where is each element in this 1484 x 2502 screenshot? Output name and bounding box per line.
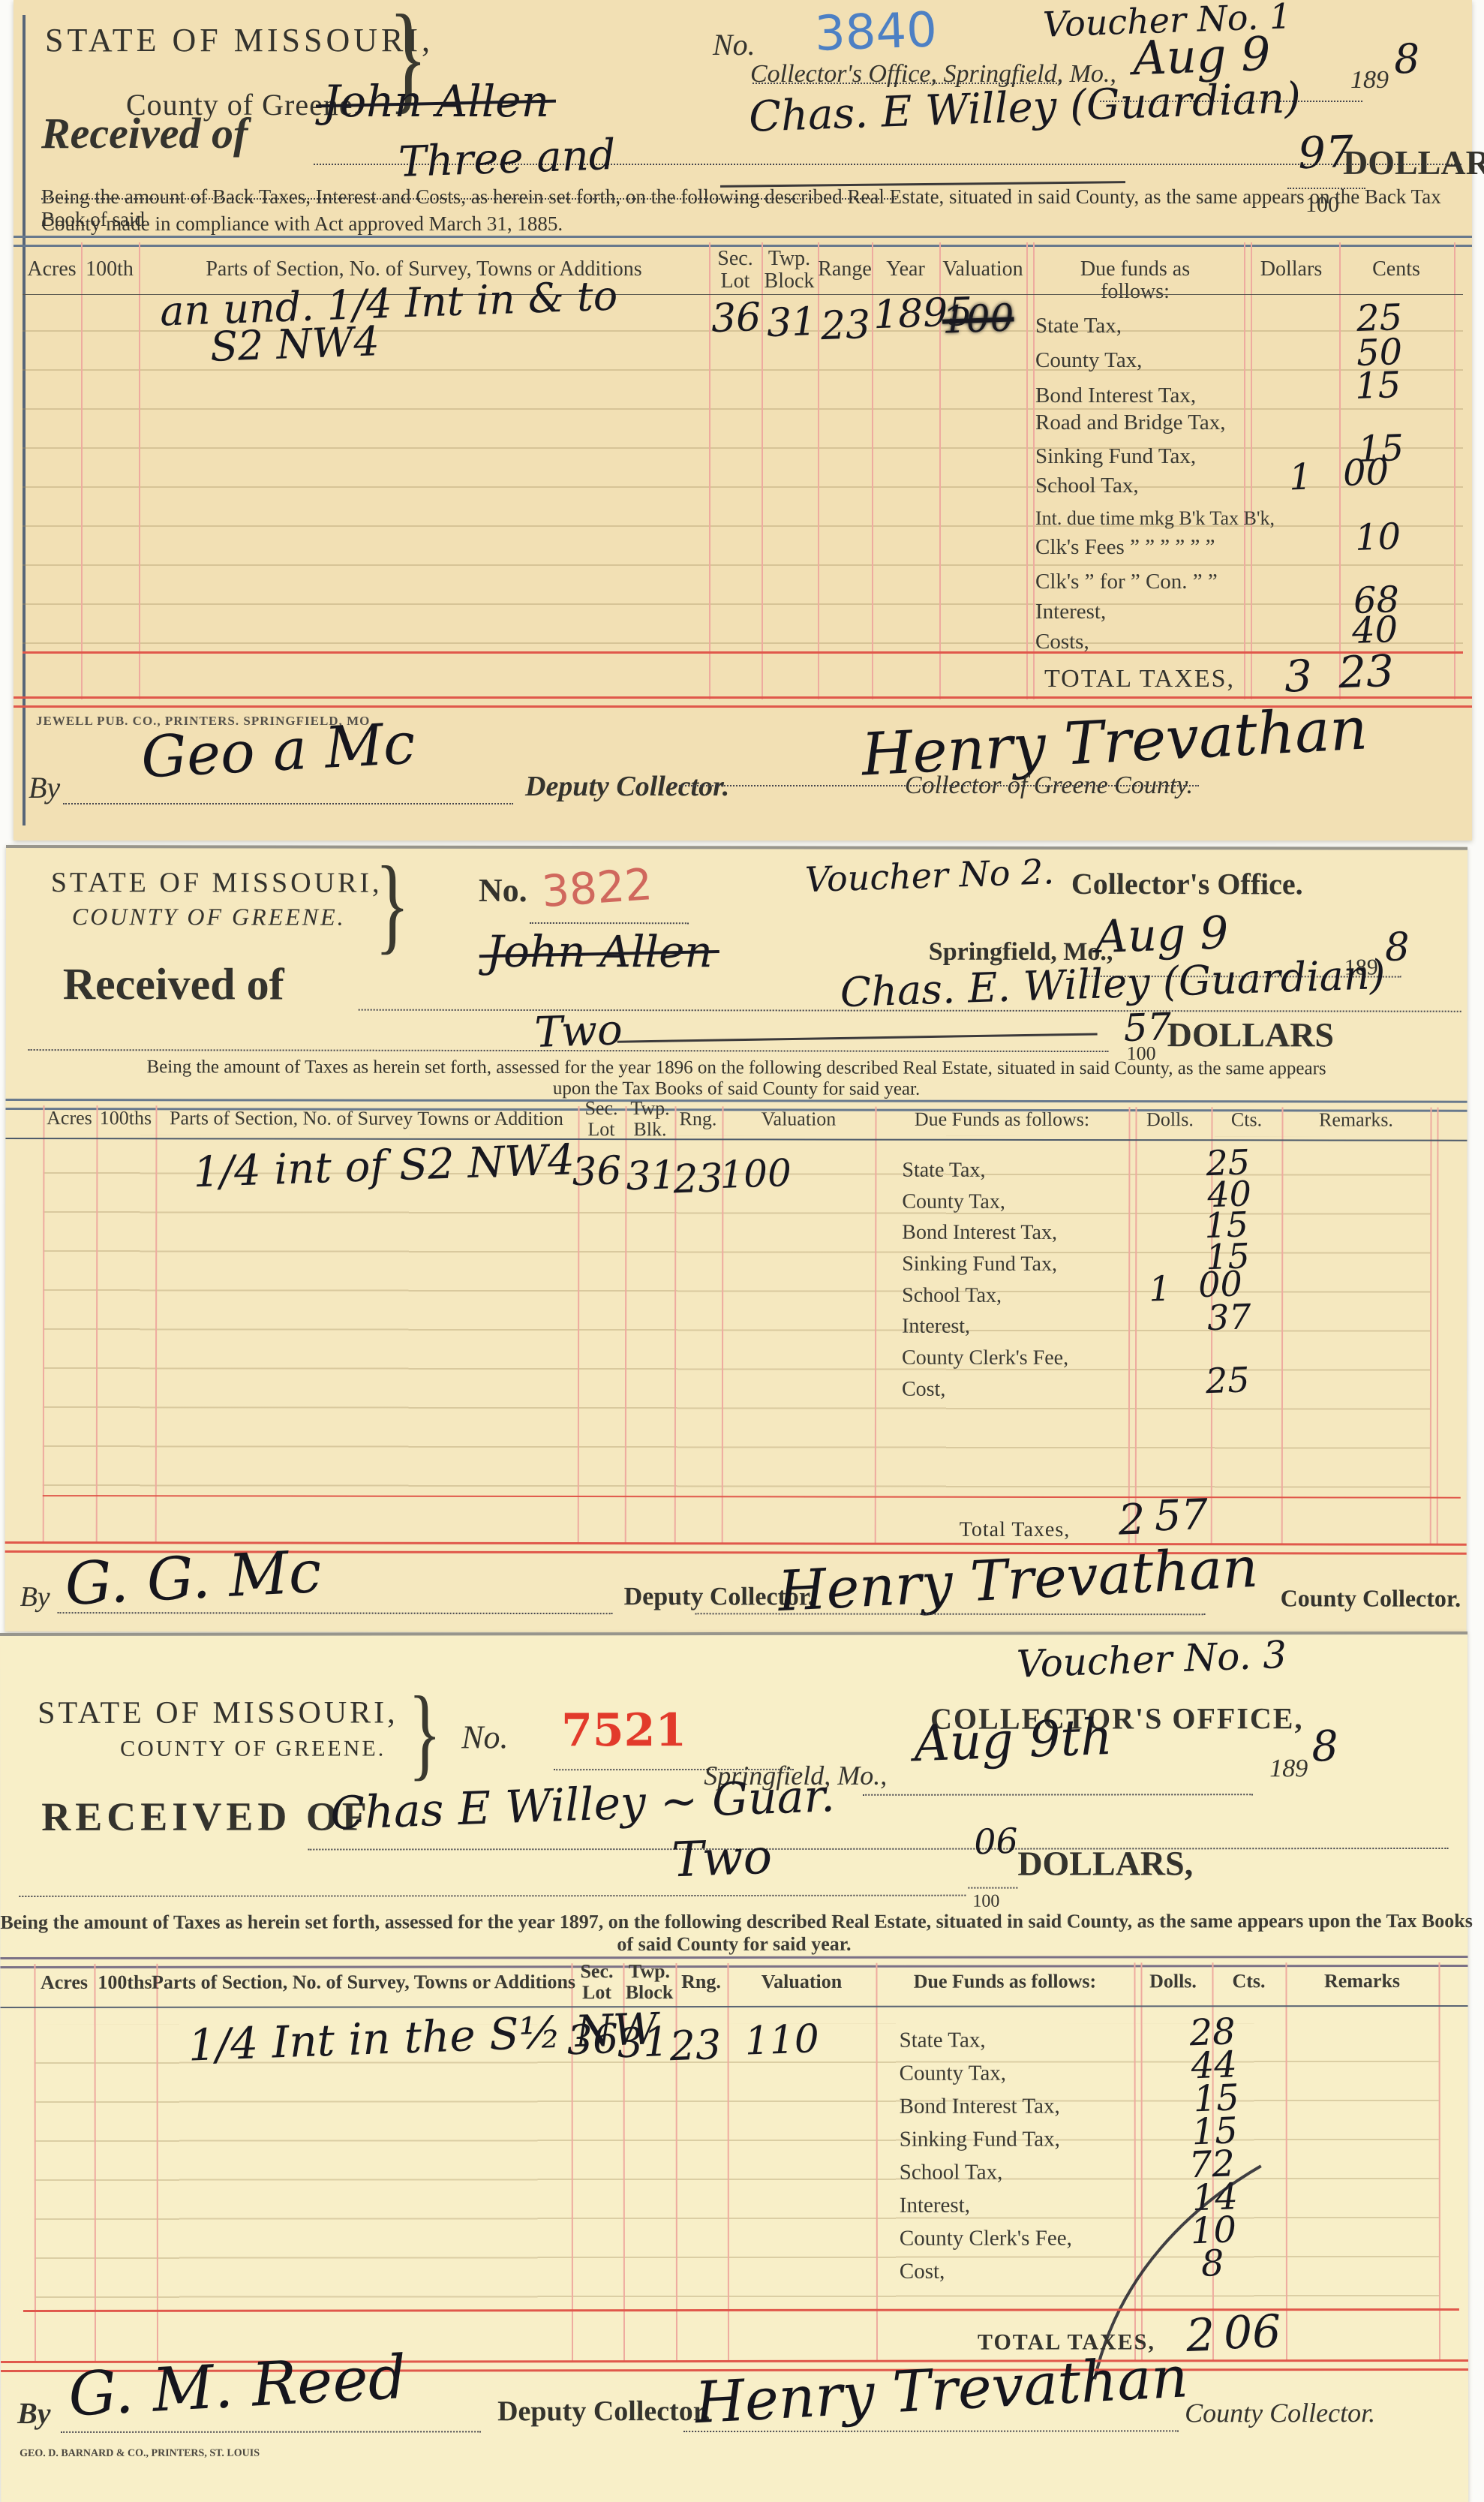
total-dollars: 3 bbox=[1284, 654, 1313, 698]
due-fund-label: Sinking Fund Tax, bbox=[1035, 444, 1196, 469]
range-value: 23 bbox=[673, 1159, 724, 1199]
total-label: Total Taxes, bbox=[960, 1519, 1071, 1542]
twp-value: 31 bbox=[617, 2022, 670, 2064]
due-fund-label: State Tax, bbox=[1035, 314, 1122, 338]
state-title: STATE OF MISSOURI, bbox=[51, 868, 383, 899]
header-rule bbox=[0, 1956, 1467, 1968]
due-fund-label: Sinking Fund Tax, bbox=[900, 2128, 1060, 2152]
column-header-cts: Cts. bbox=[1211, 1971, 1286, 1992]
receipt-number-label: No. bbox=[713, 29, 756, 62]
brace: } bbox=[408, 1673, 441, 1792]
due-fund-label: School Tax, bbox=[902, 1284, 1002, 1308]
column-header-parts: Parts of Section, No. of Survey Towns or… bbox=[141, 1108, 591, 1129]
date-handwritten: Aug 9 bbox=[1132, 31, 1272, 82]
receipt-number-label: No. bbox=[461, 1719, 508, 1755]
received-of-label: RECEIVED OF bbox=[41, 1794, 371, 1839]
column-header-100th: 100th bbox=[72, 258, 147, 281]
county-title: COUNTY OF GREENE. bbox=[72, 904, 346, 931]
due-fund-label: Interest, bbox=[1035, 600, 1106, 624]
payer-name: Chas. E. Willey (Guardian) bbox=[840, 955, 1386, 1013]
due-fund-label: County Clerk's Fee, bbox=[902, 1346, 1068, 1370]
dotted-line bbox=[19, 1895, 966, 1897]
due-fund-label: School Tax, bbox=[1035, 474, 1139, 498]
due-fund-amount: 25 bbox=[1205, 1362, 1250, 1398]
column-header-valuation: Valuation bbox=[749, 1971, 854, 1992]
twp-value: 31 bbox=[766, 302, 817, 343]
column-header-twp-line1: Twp. bbox=[768, 247, 810, 270]
state-title: STATE OF MISSOURI, bbox=[45, 23, 434, 59]
year-printed: 189 bbox=[1269, 1755, 1308, 1782]
due-fund-label: Road and Bridge Tax, bbox=[1035, 410, 1226, 435]
amount-words: Three and bbox=[398, 134, 616, 184]
column-header-sec-line2: Lot bbox=[587, 1118, 614, 1140]
range-value: 23 bbox=[820, 305, 871, 346]
total-dollars: 2 bbox=[1185, 2313, 1215, 2359]
collector-label: Collector of Greene County. bbox=[905, 771, 1193, 799]
column-header-due-funds: Due funds as follows: bbox=[1045, 258, 1225, 303]
table-column-line bbox=[818, 242, 819, 699]
payer-name-struck: John Allen bbox=[486, 926, 713, 977]
being-text-line1: Being the amount of Taxes as herein set … bbox=[0, 1911, 1467, 1934]
table-column-line bbox=[1026, 242, 1035, 699]
range-value: 23 bbox=[669, 2025, 722, 2067]
due-fund-label: Interest, bbox=[900, 2194, 970, 2218]
red-rule bbox=[23, 651, 1463, 654]
column-header-valuation: Valuation bbox=[746, 1108, 851, 1129]
voucher-note: Voucher No 2. bbox=[804, 854, 1054, 897]
table-column-line bbox=[156, 1964, 158, 2362]
table-column-line bbox=[94, 1964, 96, 2362]
receipt-1: STATE OF MISSOURI, } County of Greene. N… bbox=[14, 0, 1472, 841]
due-fund-amount: 15 bbox=[1354, 367, 1401, 404]
year-printed: 189 bbox=[1350, 66, 1389, 94]
dotted-line bbox=[61, 2431, 481, 2433]
by-label: By bbox=[29, 771, 60, 804]
being-text-line2: of said County for said year. bbox=[0, 1933, 1467, 1956]
table-column-line bbox=[81, 242, 83, 699]
table-column-line bbox=[139, 242, 140, 699]
due-fund-label: County Tax, bbox=[1035, 348, 1142, 373]
voucher-note: Voucher No. 3 bbox=[1016, 1636, 1287, 1683]
due-fund-label: Bond Interest Tax, bbox=[902, 1221, 1057, 1245]
dotted-line bbox=[63, 803, 513, 804]
dotted-line bbox=[530, 922, 689, 924]
column-header-parts: Parts of Section, No. of Survey, Towns o… bbox=[138, 1971, 588, 1993]
column-header-rng: Rng. bbox=[660, 1108, 735, 1129]
column-header-sec-line2: Lot bbox=[582, 1981, 611, 2003]
due-fund-amount: 00 bbox=[1342, 454, 1389, 492]
column-header-valuation: Valuation bbox=[930, 258, 1035, 281]
due-fund-label: Bond Interest Tax, bbox=[900, 2095, 1060, 2119]
due-fund-label: County Tax, bbox=[902, 1190, 1005, 1214]
due-fund-amount: 10 bbox=[1354, 519, 1401, 556]
valuation-value: 100 bbox=[942, 299, 1014, 338]
valuation-value: 110 bbox=[744, 2019, 820, 2061]
property-description: 1/4 int of S2 NW4 bbox=[193, 1139, 575, 1194]
date-handwritten: Aug 9th bbox=[913, 1713, 1113, 1769]
due-fund-label: Interest, bbox=[902, 1315, 970, 1339]
cents-denominator: 100 bbox=[972, 1892, 999, 1911]
cents-value: 57 bbox=[1123, 1008, 1172, 1047]
county-title: COUNTY OF GREENE. bbox=[120, 1736, 386, 1761]
collector-label: County Collector. bbox=[1281, 1585, 1461, 1612]
deputy-signature: G. M. Reed bbox=[67, 2347, 407, 2425]
column-header-remarks: Remarks. bbox=[1311, 1109, 1401, 1130]
collector-label: County Collector. bbox=[1185, 2398, 1375, 2428]
by-label: By bbox=[17, 2397, 50, 2430]
table-column-line bbox=[34, 1964, 36, 2362]
column-header-dollars: Dollars bbox=[1246, 258, 1336, 281]
payer-name-struck: John Allen bbox=[323, 76, 549, 127]
due-fund-label: Clk's ” for ” Con. ” ” bbox=[1035, 570, 1218, 594]
received-of-label: Received of bbox=[63, 959, 284, 1009]
receipt-number: 3840 bbox=[814, 2, 938, 62]
total-cents: 06 bbox=[1223, 2309, 1281, 2356]
year-handwritten: 8 bbox=[1393, 38, 1420, 80]
table-column-line bbox=[1128, 1107, 1137, 1544]
amount-words: Two bbox=[534, 1009, 623, 1054]
dotted-line bbox=[968, 1887, 1017, 1889]
scanned-document: STATE OF MISSOURI, } County of Greene. N… bbox=[0, 0, 1484, 2502]
dotted-line bbox=[683, 2430, 1179, 2432]
column-header-sec-line1: Sec. bbox=[580, 1960, 613, 1982]
dollars-label: DOLLARS, bbox=[1343, 144, 1484, 182]
receipt-number-label: No. bbox=[479, 873, 527, 909]
brace: } bbox=[375, 841, 410, 967]
state-title: STATE OF MISSOURI, bbox=[38, 1695, 398, 1731]
due-fund-label: Int. due time mkg B'k Tax B'k, bbox=[1035, 507, 1275, 530]
dollars-label: DOLLARS, bbox=[1017, 1845, 1193, 1883]
total-dollars: 2 bbox=[1118, 1499, 1146, 1542]
sec-value: 36 bbox=[566, 2019, 620, 2061]
table-column-line bbox=[1430, 1108, 1439, 1545]
due-fund-label: Bond Interest Tax, bbox=[1035, 383, 1196, 408]
receipt-number: 7521 bbox=[561, 1704, 686, 1757]
deputy-label: Deputy Collector. bbox=[525, 771, 729, 803]
table-column-line bbox=[1454, 242, 1455, 699]
column-header-dolls: Dolls. bbox=[1132, 1109, 1207, 1130]
received-of-label: Received of bbox=[41, 110, 248, 158]
property-description: S2 NW4 bbox=[209, 321, 380, 368]
cents-value: 06 bbox=[973, 1824, 1018, 1860]
valuation-value: 100 bbox=[719, 1154, 792, 1194]
dollars-label: DOLLARS bbox=[1167, 1016, 1334, 1054]
office-line: Collector's Office. bbox=[1071, 868, 1303, 901]
sec-value: 36 bbox=[572, 1151, 623, 1192]
date-handwritten: Aug 9 bbox=[1095, 910, 1230, 960]
due-fund-amount: 1 bbox=[1288, 459, 1312, 495]
total-cents: 23 bbox=[1338, 649, 1395, 695]
table-column-line bbox=[1438, 1962, 1440, 2361]
payer-name: Chas E Willey ~ Guar. bbox=[329, 1773, 835, 1836]
table-column-line bbox=[1339, 242, 1341, 699]
dotted-line bbox=[308, 1848, 1448, 1851]
due-fund-label: Cost, bbox=[902, 1378, 945, 1402]
total-cents: 57 bbox=[1154, 1494, 1209, 1538]
column-header-cts: Cts. bbox=[1209, 1109, 1284, 1130]
due-fund-amount: 40 bbox=[1351, 612, 1398, 649]
being-text-line2: upon the Tax Books of said County for sa… bbox=[6, 1078, 1467, 1100]
amount-words: Two bbox=[671, 1833, 773, 1885]
dotted-line bbox=[863, 1794, 1253, 1796]
table-column-line bbox=[1285, 1962, 1287, 2361]
due-fund-label: Clk's Fees ” ” ” ” ” ” bbox=[1035, 535, 1215, 560]
deputy-signature: Geo a Mc bbox=[140, 714, 416, 786]
receipt-2: STATE OF MISSOURI, } COUNTY OF GREENE. N… bbox=[5, 845, 1467, 1634]
header-separator bbox=[1, 2005, 1468, 2008]
due-fund-amount: 37 bbox=[1206, 1299, 1251, 1335]
table-column-line bbox=[876, 1963, 878, 2362]
pen-stroke bbox=[617, 1033, 1098, 1042]
column-header-remarks: Remarks bbox=[1317, 1971, 1407, 1992]
column-header-due-funds: Due Funds as follows: bbox=[907, 1971, 1102, 1992]
being-text-line2: County made in compliance with Act appro… bbox=[41, 213, 563, 236]
table-column-line bbox=[1244, 242, 1252, 699]
year-handwritten: 8 bbox=[1384, 928, 1410, 967]
column-header-cents: Cents bbox=[1351, 258, 1441, 281]
due-fund-amount: 1 bbox=[1148, 1271, 1171, 1307]
column-header-due-funds: Due Funds as follows: bbox=[904, 1109, 1099, 1130]
due-fund-label: County Tax, bbox=[900, 2061, 1006, 2086]
due-fund-label: Cost, bbox=[900, 2260, 945, 2284]
column-header-rng: Rng. bbox=[663, 1971, 738, 1992]
column-header-sec-line2: Lot bbox=[721, 269, 750, 293]
table-column-line bbox=[727, 1963, 729, 2362]
by-label: By bbox=[20, 1582, 50, 1613]
being-text-line1: Being the amount of Taxes as herein set … bbox=[6, 1057, 1467, 1079]
due-fund-label: Sinking Fund Tax, bbox=[902, 1253, 1057, 1277]
header-rule bbox=[14, 236, 1472, 247]
receipt-3: Voucher No. 3 STATE OF MISSOURI, COUNTY … bbox=[0, 1631, 1468, 2502]
total-label: TOTAL TAXES, bbox=[1044, 665, 1235, 693]
printer-credit: GEO. D. BARNARD & CO., PRINTERS, ST. LOU… bbox=[20, 2448, 260, 2460]
year-handwritten: 8 bbox=[1311, 1726, 1339, 1769]
due-fund-label: State Tax, bbox=[902, 1159, 985, 1183]
sec-value: 36 bbox=[710, 298, 762, 338]
table-column-line bbox=[762, 242, 763, 699]
deputy-label: Deputy Collector. bbox=[497, 2396, 710, 2428]
column-header-sec-line1: Sec. bbox=[717, 247, 753, 270]
due-fund-label: State Tax, bbox=[900, 2028, 986, 2053]
twp-value: 31 bbox=[626, 1156, 677, 1196]
due-fund-label: School Tax, bbox=[900, 2161, 1003, 2185]
receipt-number: 3822 bbox=[540, 859, 654, 917]
column-header-dolls: Dolls. bbox=[1135, 1971, 1210, 1992]
deputy-signature: G. G. Mc bbox=[64, 1543, 323, 1614]
